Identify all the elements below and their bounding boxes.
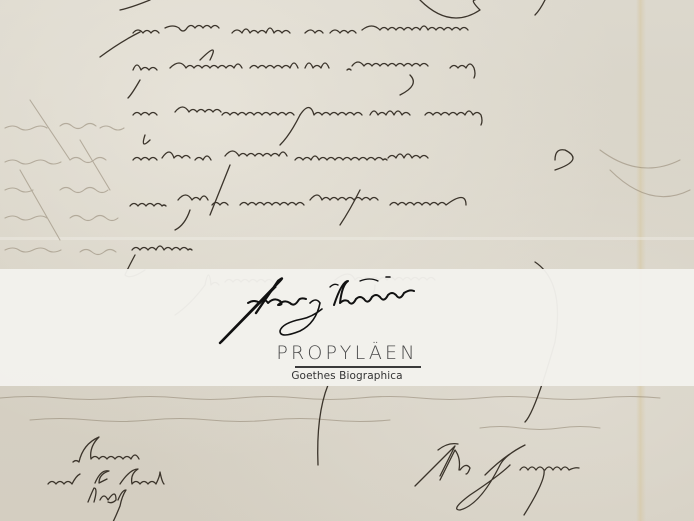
propylaeen-logo: PROPYLÄEN Goethes Biographica [0,269,694,386]
script-signature-logo [218,273,458,345]
title-divider [295,366,421,368]
manuscript-handwriting [0,0,694,521]
brand-subtitle: Goethes Biographica [0,370,694,382]
brand-title: PROPYLÄEN [0,342,694,364]
